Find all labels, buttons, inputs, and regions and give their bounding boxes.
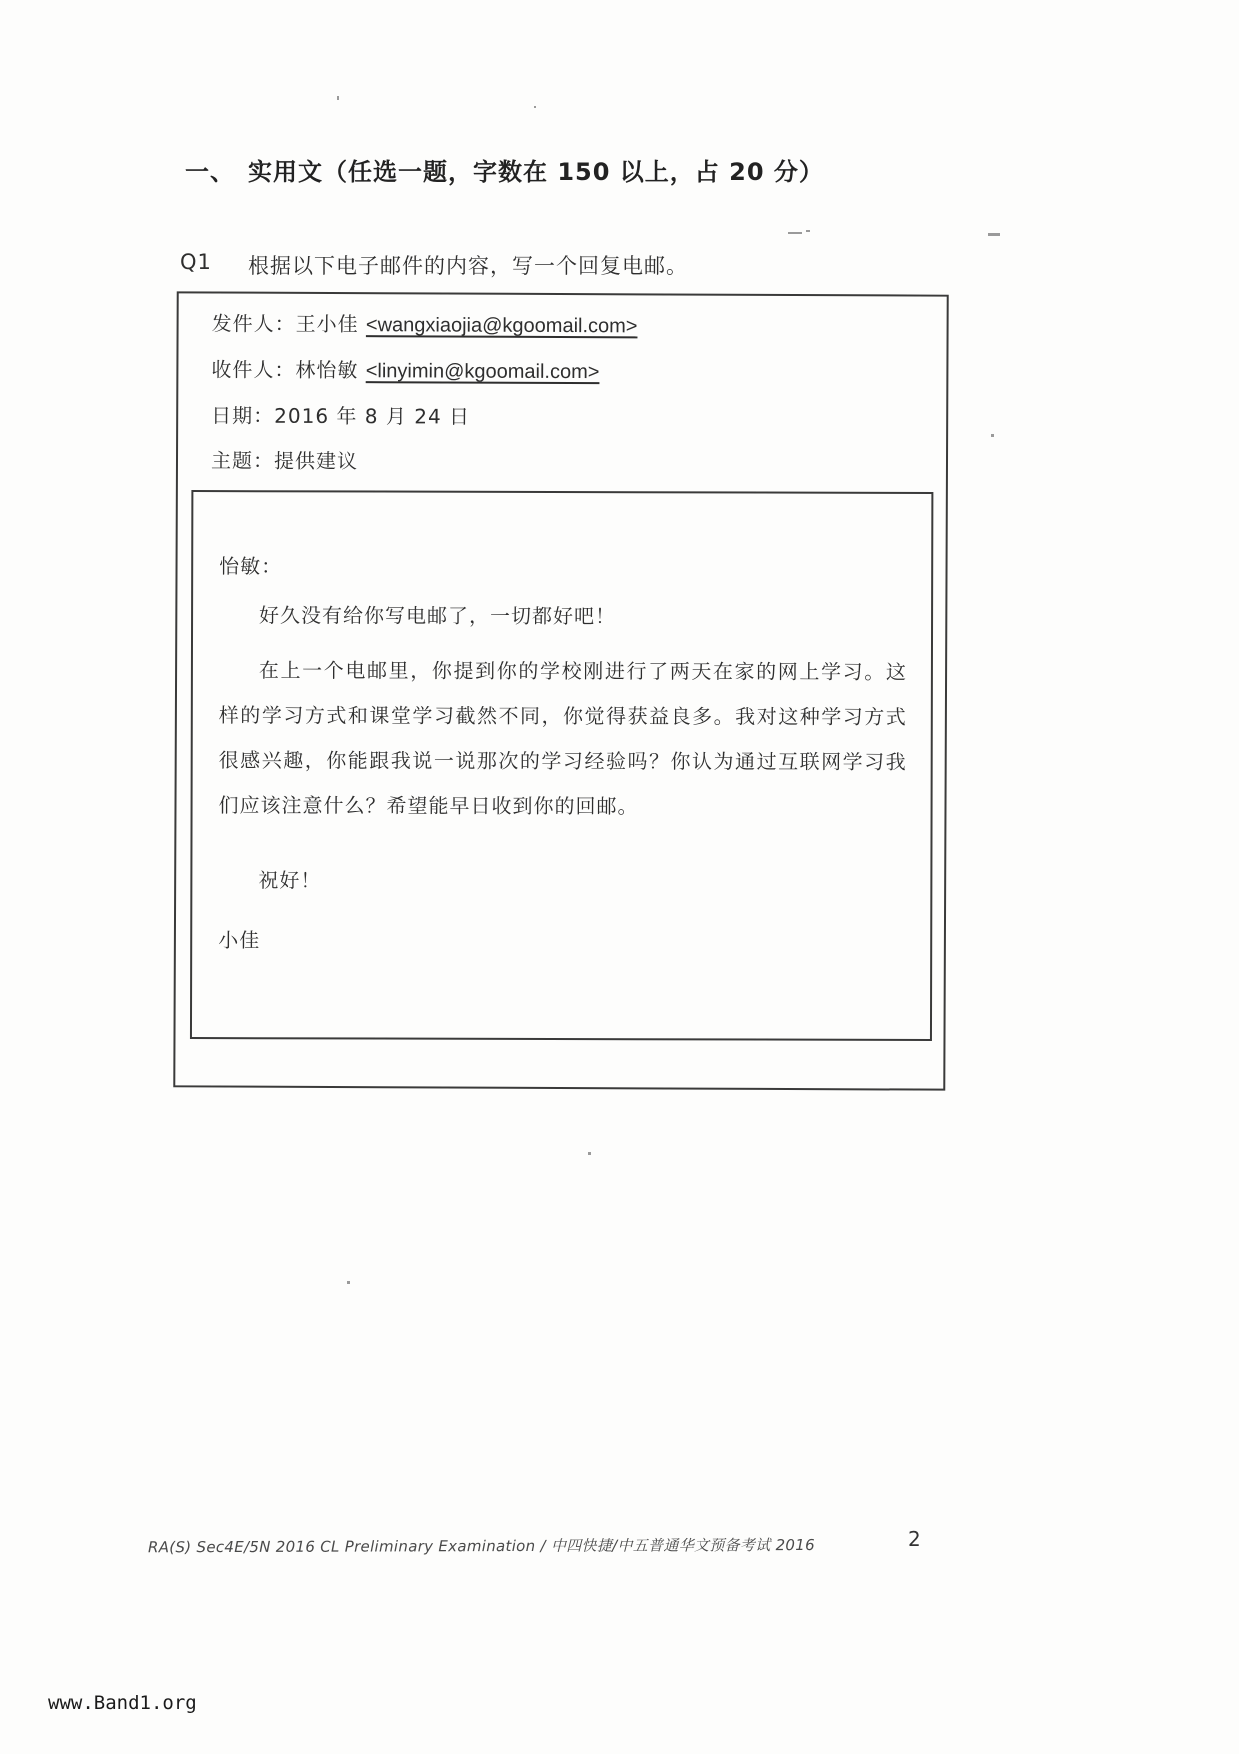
footer-exam-info: RA(S) Sec4E/5N 2016 CL Preliminary Exami… [148, 1534, 888, 1558]
email-to-label: 收件人： [211, 357, 295, 381]
scan-artifact [806, 230, 810, 232]
question-number: Q1 [180, 250, 248, 280]
scanned-exam-page: 一、 实用文（任选一题，字数在 150 以上，占 20 分） Q1 根据以下电子… [0, 0, 1239, 1754]
email-headers: 发件人：王小佳 <wangxiaojia@kgoomail.com> 收件人：林… [211, 301, 912, 486]
email-subject-row: 主题：提供建议 [211, 438, 911, 486]
email-salutation: 怡敏： [219, 550, 907, 581]
email-from-row: 发件人：王小佳 <wangxiaojia@kgoomail.com> [211, 301, 911, 350]
email-to-row: 收件人：林怡敏 <linyimin@kgoomail.com> [211, 347, 911, 396]
email-to-address: <linyimin@kgoomail.com> [366, 360, 600, 383]
email-date-row: 日期：2016 年 8 月 24 日 [211, 393, 911, 441]
section-number: 一、 [185, 152, 248, 187]
email-closing: 祝好！ [218, 858, 906, 905]
scan-artifact [534, 106, 536, 108]
scan-artifact [337, 96, 339, 100]
email-paragraph-2: 在上一个电邮里，你提到你的学校刚进行了两天在家的网上学习。这样的学习方式和课堂学… [219, 648, 907, 830]
scan-artifact [988, 233, 1000, 236]
email-to-name: 林怡敏 [295, 358, 358, 382]
email-from-address: <wangxiaojia@kgoomail.com> [366, 314, 638, 337]
email-from-name: 王小佳 [296, 312, 359, 336]
question-line: Q1 根据以下电子邮件的内容，写一个回复电邮。 [180, 250, 1000, 280]
email-date-value: 2016 年 8 月 24 日 [274, 404, 470, 429]
watermark-url: www.Band1.org [48, 1692, 197, 1714]
section-title: 实用文（任选一题，字数在 150 以上，占 20 分） [248, 152, 824, 187]
email-signature: 小佳 [218, 918, 906, 965]
scan-artifact [588, 1152, 591, 1155]
section-heading: 一、 实用文（任选一题，字数在 150 以上，占 20 分） [185, 152, 1045, 187]
email-subject-label: 主题： [211, 448, 274, 472]
question-text: 根据以下电子邮件的内容，写一个回复电邮。 [248, 250, 688, 280]
email-from-label: 发件人： [212, 311, 296, 335]
email-paragraph-1: 好久没有给你写电邮了，一切都好吧！ [219, 593, 907, 640]
scan-artifact [991, 434, 994, 437]
email-message-box: 怡敏： 好久没有给你写电邮了，一切都好吧！ 在上一个电邮里，你提到你的学校刚进行… [190, 490, 933, 1041]
email-subject-value: 提供建议 [274, 449, 358, 473]
email-message-content: 怡敏： 好久没有给你写电邮了，一切都好吧！ 在上一个电邮里，你提到你的学校刚进行… [218, 550, 907, 965]
email-date-label: 日期： [211, 403, 274, 427]
scan-artifact [347, 1281, 350, 1284]
page-number: 2 [908, 1527, 921, 1551]
email-box: 发件人：王小佳 <wangxiaojia@kgoomail.com> 收件人：林… [173, 291, 948, 1090]
scan-artifact [788, 232, 802, 234]
